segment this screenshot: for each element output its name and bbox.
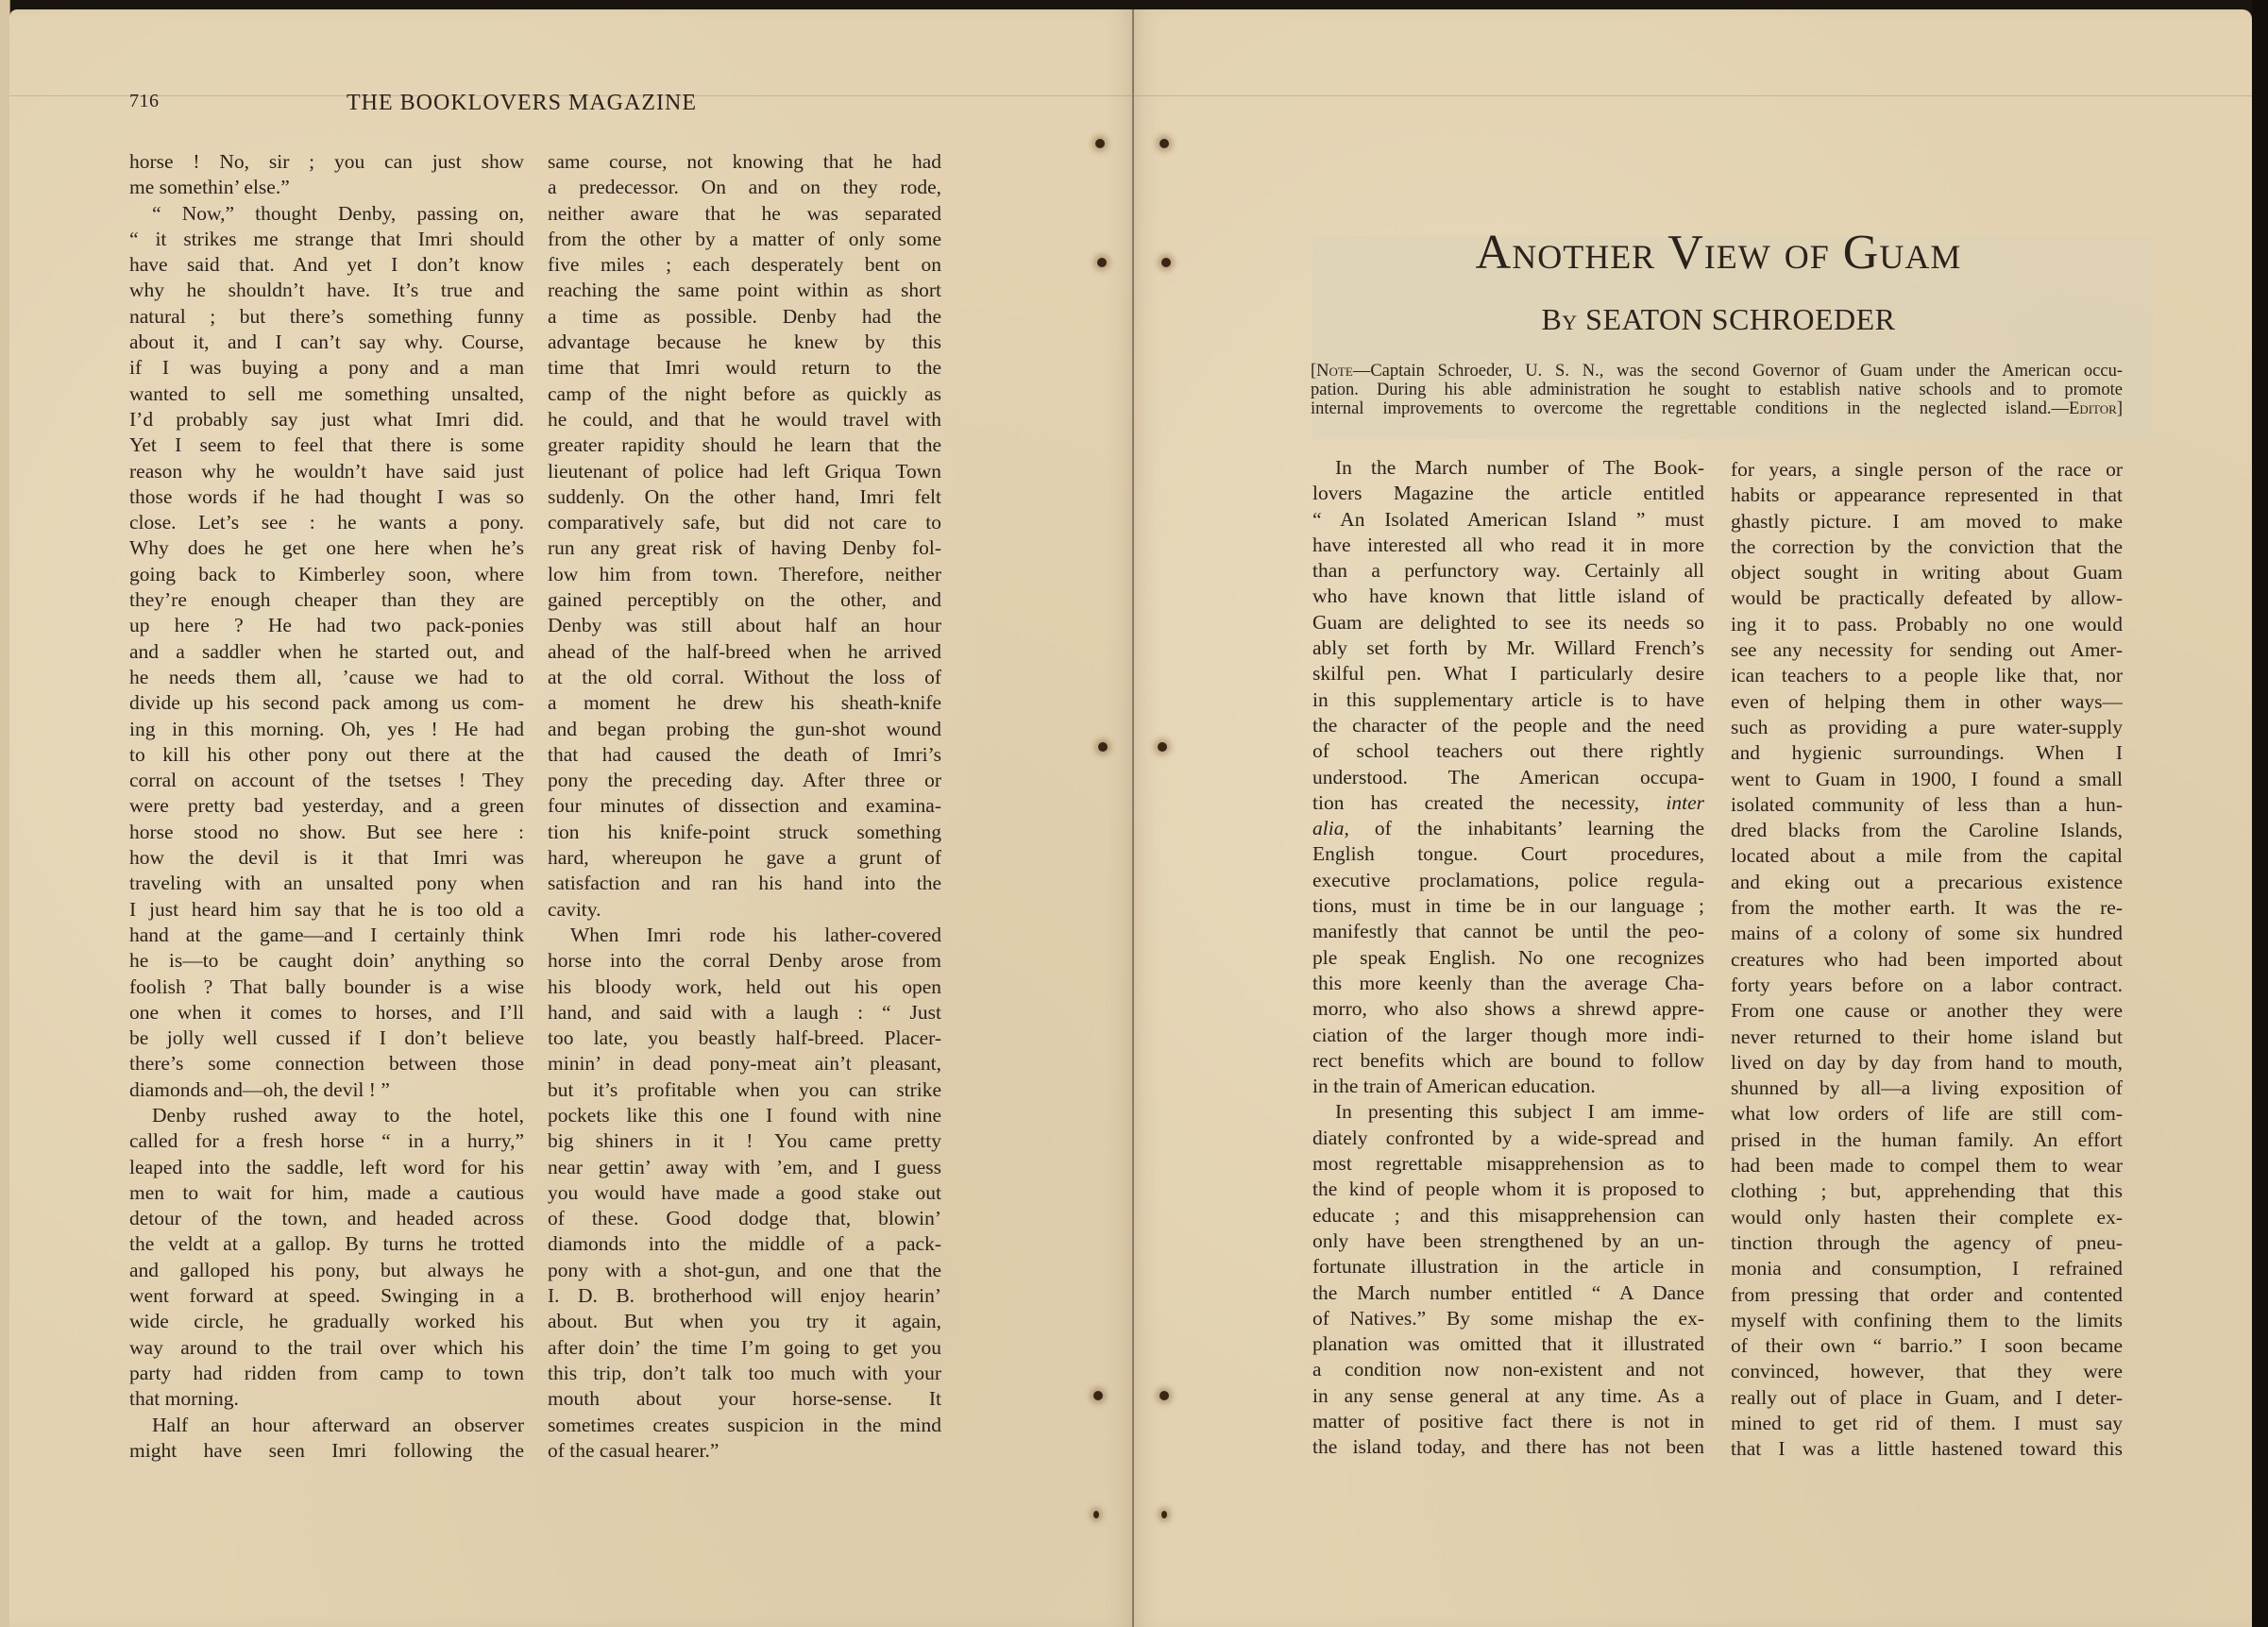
text-line: skilful pen. What I particularly desire [1312,661,1704,686]
text-line: you would have made a good stake out [548,1180,941,1206]
text-line: for years, a single person of the race o… [1731,457,2123,483]
text-line: neither aware that he was separated [548,201,941,227]
text-line: in the train of American education. [1312,1074,1704,1099]
text-line: From one cause or another they were [1731,998,2123,1024]
text-line: he is—to be caught doin’ anything so [129,948,524,974]
text-line: satisfaction and ran his hand into the [548,871,941,896]
text-line: morro, who also shows a shrewd appre- [1312,996,1704,1022]
text-line: planation was omitted that it illustrate… [1312,1331,1704,1357]
text-line: In presenting this subject I am imme- [1312,1099,1704,1125]
text-line: his bloody work, held out his open [548,975,941,1000]
text-line: monia and consumption, I refrained [1731,1256,2123,1281]
text-line: pony the preceding day. After three or [548,768,941,793]
text-line: suddenly. On the other hand, Imri felt [548,484,941,510]
text-line: from the other by a matter of only some [548,227,941,252]
text-line: and hygienic surroundings. When I [1731,740,2123,766]
text-line: horse stood no show. But see here : [129,820,524,845]
text-line: but it’s profitable when you can strike [548,1077,941,1103]
gutter-fold [1132,9,1134,1627]
right-page-column-1: In the March number of The Book-lovers M… [1312,455,1704,1461]
text-line: and began probing the gun-shot wound [548,717,941,742]
text-line: about it, and I can’t say why. Course, [129,330,524,355]
text-line: horse into the corral Denby arose from [548,948,941,974]
text-line: from pressing that order and contented [1731,1282,2123,1308]
text-line: educate ; and this misapprehension can [1312,1203,1704,1229]
text-line: went forward at speed. Swinging in a [129,1283,524,1309]
text-line: “ it strikes me strange that Imri should [129,227,524,252]
binding-hole-icon [1159,139,1169,148]
running-head: THE BOOKLOVERS MAGAZINE [347,91,697,116]
text-line: and eking out a precarious existence [1731,870,2123,895]
text-line: of the casual hearer.” [548,1438,941,1464]
text-line: divide up his second pack among us com- [129,690,524,716]
text-line: I’d probably say just what Imri did. [129,407,524,432]
text-line: he could, and that he would travel with [548,407,941,432]
text-line: habits or appearance represented in that [1731,483,2123,508]
binding-hole-icon [1159,1391,1169,1400]
text-line: they’re enough cheaper than they are [129,587,524,613]
text-line: after doin’ the time I’m going to get yo… [548,1335,941,1361]
right-page-column-2: for years, a single person of the race o… [1731,457,2123,1463]
text-line: understood. The American occupa- [1312,765,1704,790]
text-line: mouth about your horse-sense. It [548,1386,941,1412]
text-line: traveling with an unsalted pony when [129,871,524,896]
text-line: When Imri rode his lather-covered [548,923,941,948]
text-line: than a perfunctory way. Certainly all [1312,558,1704,584]
text-line: the kind of people whom it is proposed t… [1312,1177,1704,1202]
text-line: I. D. B. brotherhood will enjoy hearin’ [548,1283,941,1309]
text-line: most regrettable misapprehension as to [1312,1151,1704,1177]
text-line: Why does he get one here when he’s [129,535,524,561]
text-line: rect benefits which are bound to follow [1312,1048,1704,1074]
text-line: the veldt at a gallop. By turns he trott… [129,1231,524,1257]
text-line: a moment he drew his sheath-knife [548,690,941,716]
text-line: those words if he had thought I was so [129,484,524,510]
text-line: never returned to their home island but [1731,1025,2123,1050]
text-line: what low orders of life are still com- [1731,1101,2123,1127]
text-line: at the old corral. Without the loss of [548,665,941,690]
text-line: ple speak English. No one recognizes [1312,945,1704,971]
text-line: diately confronted by a wide-spread and [1312,1126,1704,1151]
text-line: would only hasten their complete ex- [1731,1205,2123,1230]
text-line: In the March number of The Book- [1312,455,1704,481]
text-line: of their own “ barrio.” I soon became [1731,1333,2123,1359]
text-line: even of helping them in other ways— [1731,689,2123,715]
text-line: Half an hour afterward an observer [129,1413,524,1438]
text-line: might have seen Imri following the [129,1438,524,1464]
text-line: a predecessor. On and on they rode, [548,175,941,200]
text-line: diamonds and—oh, the devil ! ” [129,1077,524,1103]
text-line: one when it comes to horses, and I’ll [129,1000,524,1025]
text-line: Denby was still about half an hour [548,613,941,638]
text-line: ican teachers to a people like that, nor [1731,663,2123,688]
text-line: object sought in writing about Guam [1731,560,2123,585]
text-line: pony with a shot-gun, and one that the [548,1258,941,1283]
text-line: Denby rushed away to the hotel, [129,1103,524,1128]
article-title: Another View of Guam [1312,225,2124,280]
text-line: the character of the people and the need [1312,713,1704,738]
text-line: would be practically defeated by allow- [1731,585,2123,611]
text-line: going back to Kimberley soon, where [129,562,524,587]
text-line: five miles ; each desperately bent on [548,252,941,278]
text-line: minin’ in dead pony-meat ain’t pleasant, [548,1051,941,1076]
text-line: ahead of the half-breed when he arrived [548,639,941,665]
text-line: convinced, however, that they were [1731,1359,2123,1384]
text-line: wanted to sell me something unsalted, [129,381,524,407]
text-line: tion has created the necessity, inter [1312,790,1704,816]
text-line: cavity. [548,897,941,923]
text-line: [Note—Captain Schroeder, U. S. N., was t… [1311,362,2123,381]
text-line: way around to the trail over which his [129,1335,524,1361]
text-line: “ An Isolated American Island ” must [1312,507,1704,533]
text-line: be jolly well cussed if I don’t believe [129,1025,524,1051]
text-line: how the devil is it that Imri was [129,845,524,871]
text-line: this trip, don’t talk too much with your [548,1361,941,1386]
text-line: pockets like this one I found with nine [548,1103,941,1128]
left-page-column-2: same course, not knowing that he hada pr… [548,149,941,1464]
text-line: that had caused the death of Imri’s [548,742,941,768]
text-line: pation. During his able administration h… [1311,381,2123,399]
page-number: 716 [129,91,160,112]
text-line: corral on account of the tsetses ! They [129,768,524,793]
text-line: of Natives.” By some mishap the ex- [1312,1306,1704,1331]
text-line: natural ; but there’s something funny [129,304,524,330]
text-line: why he shouldn’t have. It’s true and [129,278,524,303]
binding-hole-icon [1158,742,1167,752]
text-line: party had ridden from camp to town [129,1361,524,1386]
text-line: ing it to pass. Probably no one would [1731,612,2123,637]
editor-note: [Note—Captain Schroeder, U. S. N., was t… [1311,362,2123,418]
text-line: sometimes creates suspicion in the mind [548,1413,941,1438]
text-line: mains of a colony of some six hundred [1731,921,2123,946]
text-line: matter of positive fact there is not in [1312,1409,1704,1434]
text-line: lovers Magazine the article entitled [1312,481,1704,506]
text-line: hand, and said with a laugh : “ Just [548,1000,941,1025]
text-line: comparatively safe, but did not care to [548,510,941,535]
text-line: tion his knife-point struck something [548,820,941,845]
text-line: have said that. And yet I don’t know [129,252,524,278]
text-line: near gettin’ away with ’em, and I guess [548,1155,941,1180]
text-line: run any great risk of having Denby fol- [548,535,941,561]
text-line: creatures who had been imported about [1731,947,2123,973]
text-line: too late, you beastly half-breed. Placer… [548,1025,941,1051]
text-line: located about a mile from the capital [1731,843,2123,869]
text-line: see any necessity for sending out Amer- [1731,637,2123,663]
text-line: the March number entitled “ A Dance [1312,1280,1704,1306]
text-line: four minutes of dissection and examina- [548,793,941,819]
text-line: I just heard him say that he is too old … [129,897,524,923]
text-line: horse ! No, sir ; you can just show [129,149,524,175]
text-line: the island today, and there has not been [1312,1434,1704,1460]
text-line: manifestly that cannot be until the peo- [1312,919,1704,944]
text-line: alia, of the inhabitants’ learning the [1312,816,1704,841]
text-line: and galloped his pony, but always he [129,1258,524,1283]
text-line: English tongue. Court procedures, [1312,841,1704,867]
binding-hole-icon [1161,258,1171,267]
text-line: ably set forth by Mr. Willard French’s [1312,636,1704,661]
text-line: hard, whereupon he gave a grunt of [548,845,941,871]
text-line: shunned by all—a living exposition of [1731,1076,2123,1101]
text-line: up here ? He had two pack-ponies [129,613,524,638]
text-line: ing in this morning. Oh, yes ! He had [129,717,524,742]
text-line: a time as possible. Denby had the [548,304,941,330]
text-line: internal improvements to overcome the re… [1311,399,2123,418]
text-line: the correction by the conviction that th… [1731,534,2123,560]
text-line: isolated community of less than a hun- [1731,792,2123,818]
text-line: in this supplementary article is to have [1312,687,1704,713]
text-line: wide circle, he gradually worked his [129,1309,524,1334]
binding-hole-icon [1097,258,1107,267]
binding-hole-icon [1093,1511,1099,1518]
text-line: there’s some connection between those [129,1051,524,1076]
text-line: tinction through the agency of pneu- [1731,1230,2123,1256]
text-line: only have been strengthened by an un- [1312,1229,1704,1254]
text-line: tions, must in time be in our language ; [1312,893,1704,919]
text-line: if I was buying a pony and a man [129,355,524,381]
left-page-column-1: horse ! No, sir ; you can just showme so… [129,149,524,1464]
text-line: in any sense general at any time. As a [1312,1383,1704,1409]
text-line: close. Let’s see : he wants a pony. [129,510,524,535]
text-line: diamonds into the middle of a pack- [548,1231,941,1257]
text-line: lieutenant of police had left Griqua Tow… [548,459,941,484]
text-line: same course, not knowing that he had [548,149,941,175]
text-line: leaped into the saddle, left word for hi… [129,1155,524,1180]
text-line: really out of place in Guam, and I deter… [1731,1385,2123,1411]
text-line: reaching the same point within as short [548,278,941,303]
text-line: Yet I seem to feel that there is some [129,432,524,458]
text-line: had been made to compel them to wear [1731,1153,2123,1178]
text-line: of these. Good dodge that, blowin’ [548,1206,941,1231]
text-line: who have known that little island of [1312,584,1704,609]
article-byline: By SEATON SCHROEDER [1312,302,2124,337]
text-line: reason why he wouldn’t have said just [129,459,524,484]
text-line: “ Now,” thought Denby, passing on, [129,201,524,227]
text-line: ciation of the larger though more indi- [1312,1023,1704,1048]
text-line: clothing ; but, apprehending that this [1731,1178,2123,1204]
text-line: fortunate illustration in the article in [1312,1254,1704,1280]
text-line: of school teachers out there rightly [1312,738,1704,764]
text-line: hand at the game—and I certainly think [129,923,524,948]
binding-hole-icon [1095,139,1105,148]
text-line: me somethin’ else.” [129,175,524,200]
binding-hole-icon [1093,1391,1103,1400]
text-line: men to wait for him, made a cautious [129,1180,524,1206]
text-line: camp of the night before as quickly as [548,381,941,407]
text-line: from the mother earth. It was the re- [1731,895,2123,921]
text-line: advantage because he knew by this [548,330,941,355]
text-line: mined to get rid of them. I must say [1731,1411,2123,1436]
text-line: about. But when you try it again, [548,1309,941,1334]
text-line: time that Imri would return to the [548,355,941,381]
text-line: and a saddler when he started out, and [129,639,524,665]
book-edge-right [2252,0,2268,1627]
text-line: executive proclamations, police regula- [1312,868,1704,893]
text-line: that morning. [129,1386,524,1412]
text-line: dred blacks from the Caroline Islands, [1731,818,2123,843]
text-line: prised in the human family. An effort [1731,1127,2123,1153]
text-line: that I was a little hastened toward this [1731,1436,2123,1462]
text-line: low him from town. Therefore, neither [548,562,941,587]
text-line: ghastly picture. I am moved to make [1731,509,2123,534]
text-line: detour of the town, and headed across [129,1206,524,1231]
text-line: called for a fresh horse “ in a hurry,” [129,1128,524,1154]
text-line: forty years before on a labor contract. [1731,973,2123,998]
text-line: greater rapidity should he learn that th… [548,432,941,458]
binding-hole-icon [1161,1511,1167,1518]
text-line: he needs them all, ’cause we had to [129,665,524,690]
text-line: such as providing a pure water-supply [1731,715,2123,740]
text-line: have interested all who read it in more [1312,533,1704,558]
text-line: Guam are delighted to see its needs so [1312,610,1704,636]
text-line: were pretty bad yesterday, and a green [129,793,524,819]
text-line: a condition now non-existent and not [1312,1357,1704,1382]
text-line: this more keenly than the average Cha- [1312,971,1704,996]
binding-hole-icon [1098,742,1108,752]
text-line: lived on day by day from hand to mouth, [1731,1050,2123,1076]
text-line: gained perceptibly on the other, and [548,587,941,613]
text-line: to kill his other pony out there at the [129,742,524,768]
text-line: foolish ? That bally bounder is a wise [129,975,524,1000]
text-line: went to Guam in 1900, I found a small [1731,767,2123,792]
text-line: myself with confining them to the limits [1731,1308,2123,1333]
text-line: big shiners in it ! You came pretty [548,1128,941,1154]
